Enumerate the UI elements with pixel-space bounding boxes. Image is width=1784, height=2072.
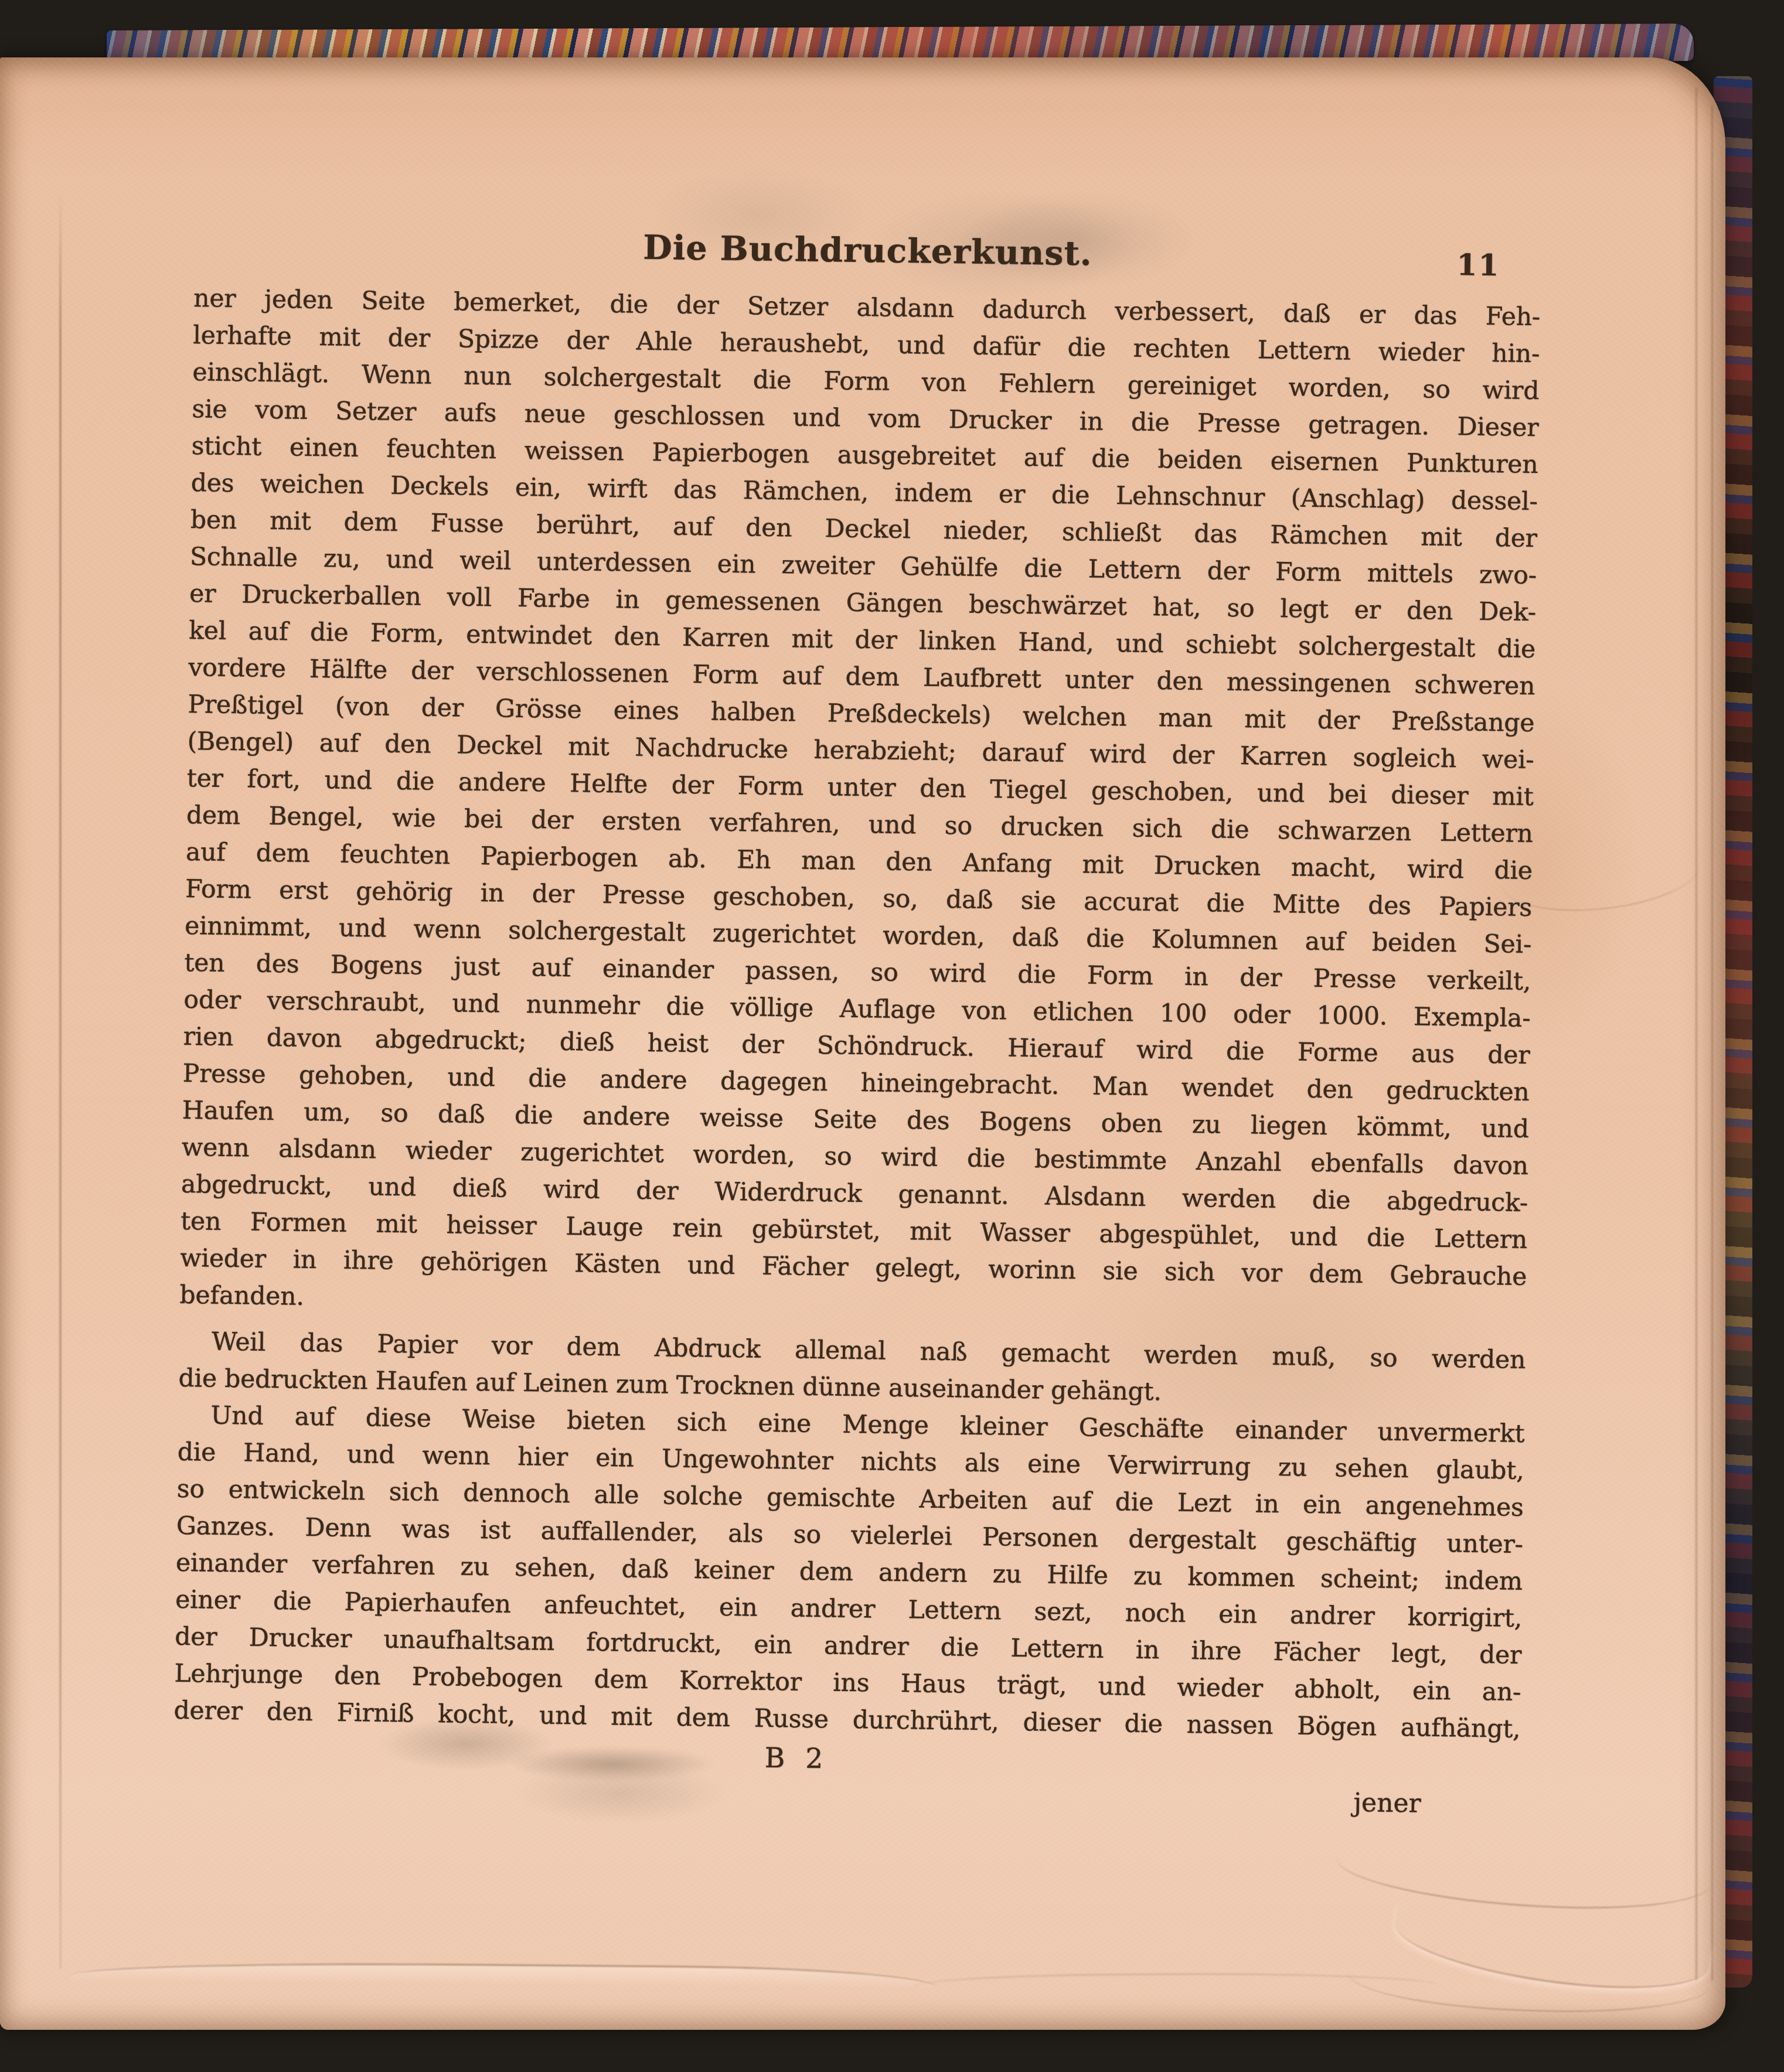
right-edge-crease-2 bbox=[1711, 105, 1713, 1981]
paragraph: ner jeden Seite bemerket, die der Setzer… bbox=[179, 280, 1540, 1333]
paragraph: Und auf diese Weise bieten sich eine Men… bbox=[173, 1397, 1525, 1748]
left-fold-crease bbox=[59, 193, 62, 1969]
page-number: 11 bbox=[1456, 247, 1500, 282]
scanner-background: Die Buchdruckerkunst. 11 ner jeden Seite… bbox=[0, 0, 1784, 2072]
text-lines: ner jeden Seite bemerket, die der Setzer… bbox=[173, 280, 1540, 1748]
right-edge-crease bbox=[1696, 88, 1697, 1981]
printed-text-block: Die Buchdruckerkunst. 11 ner jeden Seite… bbox=[172, 221, 1541, 1823]
